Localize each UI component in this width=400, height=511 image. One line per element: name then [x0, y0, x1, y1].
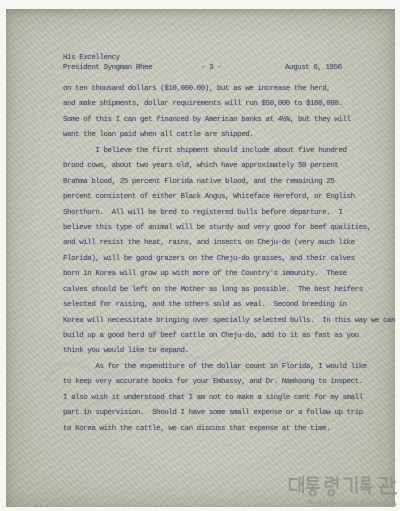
document-line: selected for raising, and the others sol… — [63, 298, 400, 313]
document-line: As for the expenditure of the dollar cou… — [63, 360, 400, 375]
document-line: Brahma blood, 25 percent Florida native … — [63, 175, 400, 190]
document-line: on ten thousand dollars ($10,000.00), bu… — [63, 82, 400, 97]
document-line: and will resist the heat, rains, and ins… — [63, 236, 400, 251]
document-line: want the loan paid when all cattle are s… — [63, 128, 400, 143]
document-line: brood cows, about two years old, which h… — [63, 159, 400, 174]
recipient-line-1: His Excellency — [63, 54, 393, 64]
watermark-english-label: Presidential Archives — [287, 499, 399, 508]
document-line: Some of this I can get financed by Ameri… — [63, 113, 400, 128]
archive-watermark: Presidential Archives — [287, 475, 399, 508]
scanned-letter-page: His Excellency President Syngman Rhee - … — [0, 0, 400, 511]
letter-header: His Excellency President Syngman Rhee - … — [63, 54, 393, 74]
document-line: believe this type of animal will be stur… — [63, 221, 400, 236]
paper-sheet: His Excellency President Syngman Rhee - … — [6, 9, 395, 507]
document-line: Korea will necessitate bringing over spe… — [63, 314, 400, 329]
document-line: part in supervision. Should I have some … — [63, 406, 400, 421]
header-second-row: President Syngman Rhee - 3 - August 6, 1… — [63, 64, 393, 74]
document-line: Florida), will be good grazers on the Ch… — [63, 252, 400, 267]
letter-body: on ten thousand dollars ($10,000.00), bu… — [63, 82, 400, 437]
document-line: build up a good herd of beef cattle on C… — [63, 329, 400, 344]
document-line: I believe the first shipment should incl… — [63, 144, 400, 159]
document-line: Shorthorn. All will be bred to registere… — [63, 206, 400, 221]
page-number: - 3 - — [201, 64, 221, 74]
document-line: calves should be left on the Mother as l… — [63, 283, 400, 298]
recipient-line-2: President Syngman Rhee — [63, 64, 152, 72]
document-line: and make shipments, dollar requirements … — [63, 97, 400, 112]
document-line: percent consistent of either Black Angus… — [63, 190, 400, 205]
document-line: think you would like to expand. — [63, 344, 400, 359]
letter-date: August 6, 1956 — [285, 64, 342, 74]
korean-watermark-icon — [287, 475, 399, 498]
document-line: I also wish it understood that I am not … — [63, 391, 400, 406]
document-line: born in Korea will grow up with more of … — [63, 267, 400, 282]
document-line: to Korea with the cattle, we can discuss… — [63, 422, 400, 437]
document-line: to keep very accurate books for your Emb… — [63, 375, 400, 390]
